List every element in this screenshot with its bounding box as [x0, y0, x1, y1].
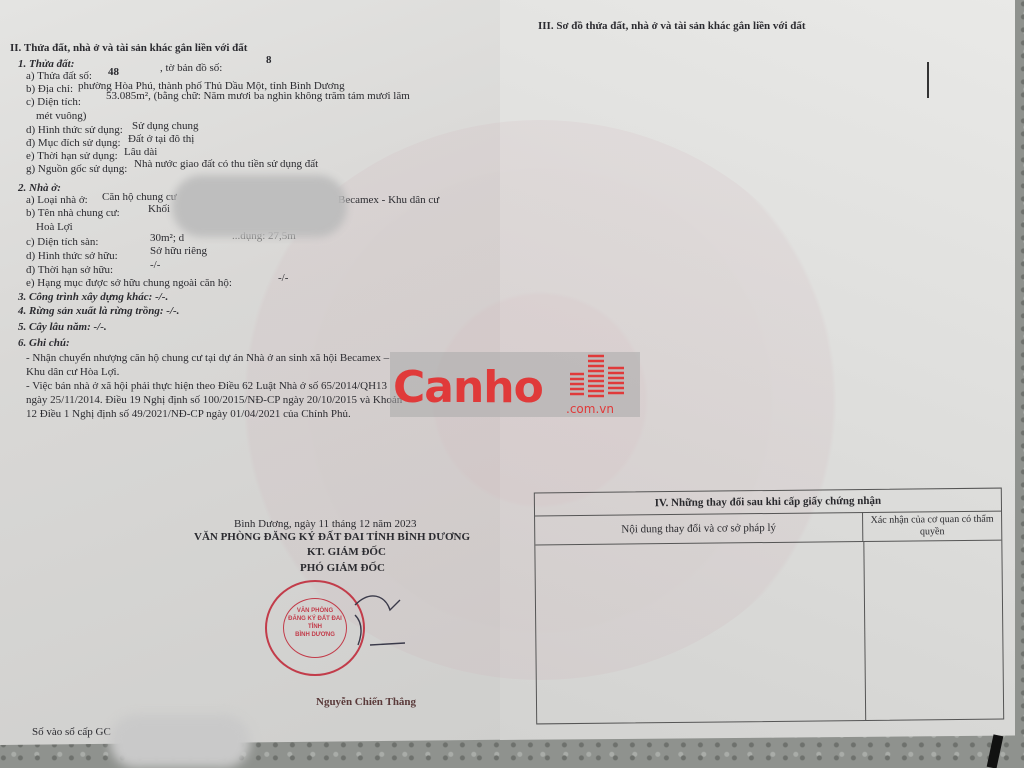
- note-line: - Việc bán nhà ở xã hội phải thực hiện t…: [26, 380, 387, 393]
- common-items-label: e) Hạng mục được sở hữu chung ngoài căn …: [26, 277, 232, 290]
- table-divider: [863, 542, 866, 720]
- changes-col-content: Nội dung thay đổi và cơ sở pháp lý: [535, 512, 863, 545]
- ownership-value: Sở hữu riêng: [150, 245, 207, 258]
- purpose-value: Đất ở tại đô thị: [128, 133, 194, 146]
- building-name-value: Khối: [148, 203, 170, 216]
- note-line: Khu dân cư Hòa Lợi.: [26, 366, 119, 379]
- address-label: b) Địa chỉ:: [26, 83, 73, 96]
- section-iii-title: III. Sơ đồ thửa đất, nhà ở và tài sản kh…: [538, 20, 806, 33]
- seal-text: BÌNH DƯƠNG: [280, 632, 350, 639]
- area-value: 53.085m², (bằng chữ: Năm mươi ba nghìn k…: [106, 90, 410, 103]
- house-type-label: a) Loại nhà ở:: [26, 194, 88, 207]
- floor-area-label: c) Diện tích sàn:: [26, 236, 98, 249]
- seal-text: TỈNH: [280, 624, 350, 631]
- common-items-value: -/-: [278, 272, 288, 285]
- signatory-kt: KT. GIÁM ĐỐC: [307, 546, 386, 559]
- notes-heading: 6. Ghi chú:: [18, 337, 70, 350]
- seal-text: VĂN PHÒNG: [280, 608, 350, 615]
- origin-label: g) Nguồn gốc sử dụng:: [26, 163, 127, 176]
- section-ii-title: II. Thửa đất, nhà ở và tài sản khác gắn …: [10, 42, 247, 55]
- note-line: ngày 25/11/2014. Điều 19 Nghị định số 10…: [26, 394, 402, 407]
- signatory-title: PHÓ GIÁM ĐỐC: [300, 562, 385, 575]
- house-type-right: Becamex - Khu dân cư: [338, 194, 439, 207]
- building-logo-icon: [568, 352, 628, 400]
- issuing-office: VĂN PHÒNG ĐĂNG KÝ ĐẤT ĐAI TỈNH BÌNH DƯƠN…: [194, 531, 470, 544]
- ownership-label: d) Hình thức sở hữu:: [26, 250, 118, 263]
- map-label: , tờ bản đồ số:: [160, 62, 222, 75]
- ownership-term-value: -/-: [150, 259, 160, 272]
- area-value-cont: mét vuông): [36, 110, 86, 123]
- watermark-brand: Canho: [393, 366, 543, 410]
- ownership-term-label: đ) Thời hạn sở hữu:: [26, 264, 113, 277]
- note-line: 12 Điều 1 Nghị định số 49/2021/NĐ-CP ngà…: [26, 408, 351, 421]
- changes-table: IV. Những thay đổi sau khi cấp giấy chứn…: [534, 488, 1004, 725]
- area-label: c) Diện tích:: [26, 96, 81, 109]
- origin-value: Nhà nước giao đất có thu tiền sử dụng đấ…: [134, 158, 318, 171]
- watermark-domain: .com.vn: [566, 402, 614, 416]
- issue-date: Bình Dương, ngày 11 tháng 12 năm 2023: [234, 518, 416, 531]
- term-label: e) Thời hạn sử dụng:: [26, 150, 118, 163]
- use-form-value: Sử dụng chung: [132, 120, 198, 133]
- production-forest: 4. Rừng sản xuất là rừng trồng: -/-.: [18, 305, 179, 318]
- map-number: 8: [266, 54, 272, 67]
- other-works: 3. Công trình xây dựng khác: -/-.: [18, 291, 168, 304]
- signer-name: Nguyễn Chiến Thắng: [316, 696, 416, 709]
- note-line: - Nhận chuyển nhượng căn hộ chung cư tại…: [26, 352, 389, 365]
- redacted-area: [172, 175, 347, 237]
- parcel-number: 48: [108, 66, 119, 79]
- handwritten-signature: [350, 585, 420, 665]
- purpose-label: đ) Mục đích sử dụng:: [26, 137, 121, 150]
- building-name-label: b) Tên nhà chung cư:: [26, 207, 120, 220]
- building-name-cont: Hoà Lợi: [36, 221, 73, 234]
- perennial-trees: 5. Cây lâu năm: -/-.: [18, 321, 107, 334]
- changes-col-confirmation: Xác nhận của cơ quan có thẩm quyền: [863, 511, 1001, 542]
- north-arrow: [927, 62, 929, 98]
- redacted-register-number: [110, 715, 250, 768]
- use-form-label: d) Hình thức sử dụng:: [26, 124, 123, 137]
- floor-area-value: 30m²; d: [150, 232, 184, 245]
- seal-text: ĐĂNG KÝ ĐẤT ĐAI: [280, 616, 350, 623]
- register-number-label: Số vào sổ cấp GC: [32, 726, 111, 739]
